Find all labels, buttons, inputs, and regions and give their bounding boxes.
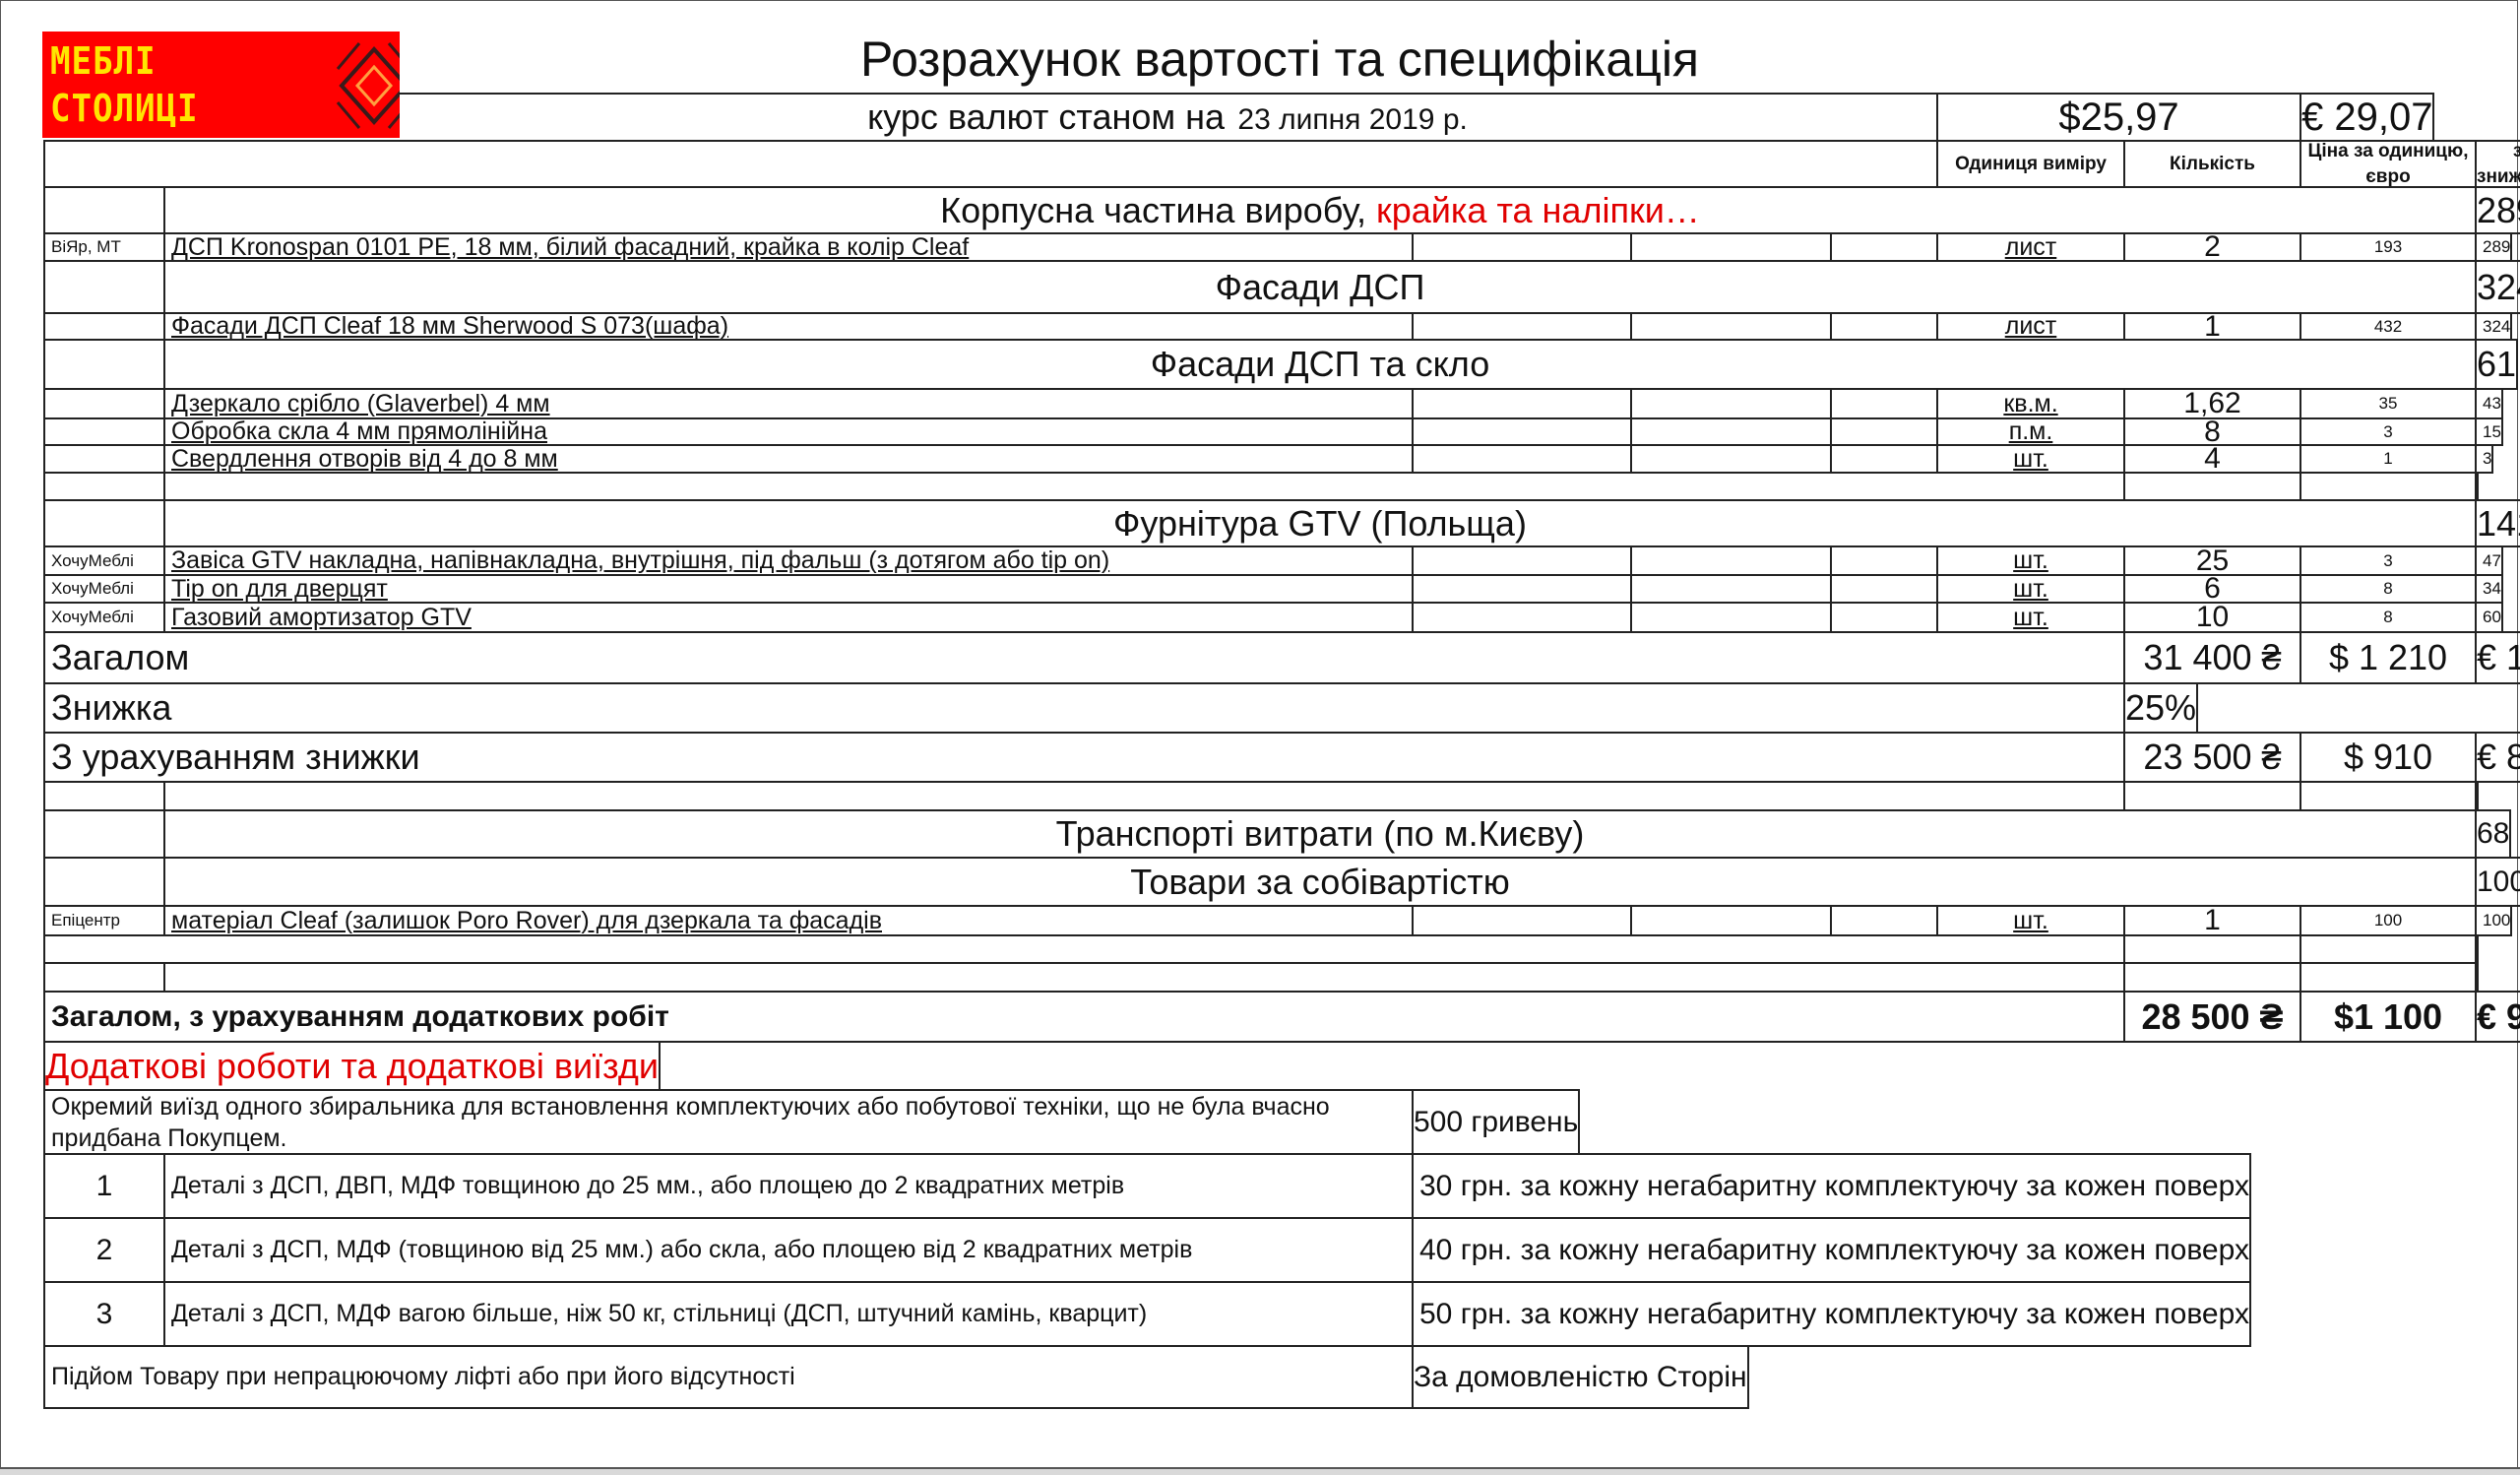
item-mirror-supplier xyxy=(43,388,165,419)
section-hardware-supplier xyxy=(43,499,165,547)
blank-row-1-b xyxy=(163,472,2125,501)
item-cleaf-material-blank-2 xyxy=(1630,905,1832,936)
item-cleaf-material-blank-1 xyxy=(1412,905,1632,936)
discounted-label: З урахуванням знижки xyxy=(43,732,2125,783)
section-facades-total: 324 xyxy=(2475,260,2520,314)
col-header-total: Вартість зі знижкою, євро xyxy=(2475,140,2520,188)
item-drilling-supplier xyxy=(43,444,165,474)
item-drilling-blank-1 xyxy=(1412,444,1632,474)
item-drilling-total: 3 xyxy=(2475,444,2493,474)
item-gas-lift-blank-3 xyxy=(1830,602,1938,633)
total-label: Загалом xyxy=(43,631,2125,684)
item-chipboard-supplier: ВіЯр, МТ xyxy=(43,232,165,262)
item-mirror-blank-1 xyxy=(1412,388,1632,419)
section-body-supplier xyxy=(43,186,165,234)
item-gas-lift-blank-1 xyxy=(1412,602,1632,633)
item-hinge-qty: 25 xyxy=(2123,545,2301,576)
item-tip-on-name: Tip on для дверцят xyxy=(163,574,1414,604)
item-drilling-blank-3 xyxy=(1830,444,1938,474)
blank-row-3-d xyxy=(2299,934,2477,964)
transport-supplier xyxy=(43,809,165,859)
section-body-title: Корпусна частина виробу, крайка та наліп… xyxy=(163,186,2477,234)
item-drilling-unit: шт. xyxy=(1936,444,2125,474)
section-facades-glass-title-text: Фасади ДСП та скло xyxy=(1151,344,1489,384)
item-cleaf-material-unit: шт. xyxy=(1936,905,2125,936)
item-glass-processing-blank-1 xyxy=(1412,417,1632,446)
item-glass-processing-supplier xyxy=(43,417,165,446)
item-drilling-name: Свердлення отворів від 4 до 8 мм xyxy=(163,444,1414,474)
item-glass-processing-qty: 8 xyxy=(2123,417,2301,446)
blank-row-2-e xyxy=(2475,781,2479,811)
discounted-eur: € 810 xyxy=(2475,732,2520,783)
separate-trip-price: 500 гривень xyxy=(1412,1089,1580,1155)
blank-row-4-b xyxy=(163,962,2125,993)
section-facades-glass-total: 61 xyxy=(2475,339,2518,390)
item-tip-on-blank-2 xyxy=(1630,574,1832,604)
blank-row-4-e xyxy=(2475,962,2479,993)
header-blank xyxy=(43,140,1938,188)
blank-row-2-d xyxy=(2299,781,2477,811)
item-gas-lift-supplier: ХочуМеблі xyxy=(43,602,165,633)
section-body-title-red: крайка та наліпки… xyxy=(1366,190,1700,230)
item-glass-processing-blank-3 xyxy=(1830,417,1938,446)
blank-row-3-c xyxy=(2123,934,2301,964)
additional-works-title: Додаткові роботи та додаткові виїзди xyxy=(43,1041,661,1091)
item-tip-on-blank-1 xyxy=(1412,574,1632,604)
item-mirror-price: 35 xyxy=(2299,388,2477,419)
grand-total-label: Загалом, з урахуванням додаткових робіт xyxy=(43,991,2125,1043)
item-facade-qty: 1 xyxy=(2123,312,2301,341)
item-tip-on-unit: шт. xyxy=(1936,574,2125,604)
blank-row-4-d xyxy=(2299,962,2477,993)
item-glass-processing-total: 15 xyxy=(2475,417,2503,446)
item-hinge-unit: шт. xyxy=(1936,545,2125,576)
item-cleaf-material-supplier: Епіцентр xyxy=(43,905,165,936)
item-gas-lift-price: 8 xyxy=(2299,602,2477,633)
item-gas-lift-unit: шт. xyxy=(1936,602,2125,633)
blank-row-1-a xyxy=(43,472,165,501)
item-glass-processing-name: Обробка скла 4 мм прямолінійна xyxy=(163,417,1414,446)
company-logo: МЕБЛІ СТОЛИЦІ xyxy=(42,32,400,138)
section-facades-glass-title: Фасади ДСП та скло xyxy=(163,339,2477,390)
item-tip-on-price: 8 xyxy=(2299,574,2477,604)
item-hinge-blank-2 xyxy=(1630,545,1832,576)
item-hinge-blank-1 xyxy=(1412,545,1632,576)
section-hardware-title: Фурнітура GTV (Польща) xyxy=(163,499,2477,547)
discounted-uah: 23 500 ₴ xyxy=(2123,732,2301,783)
section-facades-title-text: Фасади ДСП xyxy=(1216,267,1425,307)
item-hinge-price: 3 xyxy=(2299,545,2477,576)
logo-line-1: МЕБЛІ xyxy=(50,37,198,85)
blank-row-1-c xyxy=(2123,472,2301,501)
item-facade-name: Фасади ДСП Cleaf 18 мм Sherwood S 073(ша… xyxy=(163,312,1414,341)
section-body-total: 289 xyxy=(2475,186,2520,234)
total-eur: € 1 080 xyxy=(2475,631,2520,684)
item-gas-lift-blank-2 xyxy=(1630,602,1832,633)
item-drilling-blank-2 xyxy=(1630,444,1832,474)
work-item-price-1: 30 грн. за кожну негабаритну комплектуюч… xyxy=(1412,1153,2251,1219)
grand-total-usd: $1 100 xyxy=(2299,991,2477,1043)
item-glass-processing-unit: п.м. xyxy=(1936,417,2125,446)
item-gas-lift-name: Газовий амортизатор GTV xyxy=(163,602,1414,633)
item-hinge-name: Завіса GTV накладна, напівнакладна, внут… xyxy=(163,545,1414,576)
work-item-number-3: 3 xyxy=(43,1281,165,1347)
discount-value: 25% xyxy=(2123,682,2198,734)
page-title: Розрахунок вартості та специфікація xyxy=(787,30,1772,89)
work-item-text-1: Деталі з ДСП, ДВП, МДФ товщиною до 25 мм… xyxy=(163,1153,1414,1219)
work-item-price-3: 50 грн. за кожну негабаритну комплектуюч… xyxy=(1412,1281,2251,1347)
item-facade-blank-1 xyxy=(1412,312,1632,341)
section-facades-glass-supplier xyxy=(43,339,165,390)
item-mirror-name: Дзеркало срібло (Glaverbel) 4 мм xyxy=(163,388,1414,419)
blank-row-4-c xyxy=(2123,962,2301,993)
item-facade-supplier xyxy=(43,312,165,341)
separate-trip-text: Окремий виїзд одного збиральника для вст… xyxy=(43,1089,1414,1155)
section-facades-supplier xyxy=(43,260,165,314)
item-chipboard-name: ДСП Kronospan 0101 PE, 18 мм, білий фаса… xyxy=(163,232,1414,262)
item-cleaf-material-name: матеріал Cleaf (залишок Poro Rover) для … xyxy=(163,905,1414,936)
item-facade-blank-2 xyxy=(1630,312,1832,341)
item-gas-lift-total: 60 xyxy=(2475,602,2503,633)
item-cleaf-material-total: 100 xyxy=(2475,905,2512,936)
col-header-quantity: Кількість xyxy=(2123,140,2301,188)
item-tip-on-qty: 6 xyxy=(2123,574,2301,604)
grand-total-uah: 28 500 ₴ xyxy=(2123,991,2301,1043)
item-chipboard-unit: лист xyxy=(1936,232,2125,262)
item-chipboard-blank-3 xyxy=(1830,232,1938,262)
work-item-text-2: Деталі з ДСП, МДФ (товщиною від 25 мм.) … xyxy=(163,1217,1414,1283)
blank-row-1-e xyxy=(2475,472,2479,501)
section-hardware-title-text: Фурнітура GTV (Польща) xyxy=(1113,503,1527,544)
item-chipboard-blank-2 xyxy=(1630,232,1832,262)
item-hinge-blank-3 xyxy=(1830,545,1938,576)
item-chipboard-total: 289 xyxy=(2475,232,2512,262)
blank-row-1-d xyxy=(2299,472,2477,501)
work-item-price-2: 40 грн. за кожну негабаритну комплектуюч… xyxy=(1412,1217,2251,1283)
work-item-text-3: Деталі з ДСП, МДФ вагою більше, ніж 50 к… xyxy=(163,1281,1414,1347)
blank-row-2-c xyxy=(2123,781,2301,811)
lift-text: Підйом Товару при непрацюючому ліфті або… xyxy=(43,1345,1414,1409)
col-header-price: Ціна за одиницю, євро xyxy=(2299,140,2477,188)
item-facade-price: 432 xyxy=(2299,312,2477,341)
rate-label: курс валют станом на xyxy=(867,96,1225,137)
item-drilling-qty: 4 xyxy=(2123,444,2301,474)
blank-row-2-a xyxy=(43,781,165,811)
section-hardware-total: 141 xyxy=(2475,499,2520,547)
eur-rate: € 29,07 xyxy=(2299,93,2434,142)
lift-price: За домовленістю Сторін xyxy=(1412,1345,1749,1409)
transport-total: 68 xyxy=(2475,809,2511,859)
transport-title: Транспорті витрати (по м.Києву) xyxy=(163,809,2477,859)
blank-row-4-a xyxy=(43,962,165,993)
item-tip-on-supplier: ХочуМеблі xyxy=(43,574,165,604)
exchange-rate-row: курс валют станом на 23 липня 2019 р. xyxy=(399,93,1938,142)
rate-date: 23 липня 2019 р. xyxy=(1237,103,1467,136)
cost-goods-title: Товари за собівартістю xyxy=(163,857,2477,907)
item-tip-on-blank-3 xyxy=(1830,574,1938,604)
discount-label: Знижка xyxy=(43,682,2125,734)
item-hinge-supplier: ХочуМеблі xyxy=(43,545,165,576)
total-uah: 31 400 ₴ xyxy=(2123,631,2301,684)
item-cleaf-material-price: 100 xyxy=(2299,905,2477,936)
item-glass-processing-price: 3 xyxy=(2299,417,2477,446)
blank-row-2-b xyxy=(163,781,2125,811)
item-chipboard-price: 193 xyxy=(2299,232,2477,262)
cost-goods-total: 100 xyxy=(2475,857,2520,907)
work-item-number-1: 1 xyxy=(43,1153,165,1219)
item-mirror-unit: кв.м. xyxy=(1936,388,2125,419)
item-cleaf-material-blank-3 xyxy=(1830,905,1938,936)
cost-goods-supplier xyxy=(43,857,165,907)
work-item-number-2: 2 xyxy=(43,1217,165,1283)
item-chipboard-qty: 2 xyxy=(2123,232,2301,262)
item-facade-total: 324 xyxy=(2475,312,2512,341)
section-body-title-text: Корпусна частина виробу, xyxy=(940,190,1366,230)
section-facades-title: Фасади ДСП xyxy=(163,260,2477,314)
item-mirror-blank-3 xyxy=(1830,388,1938,419)
item-glass-processing-blank-2 xyxy=(1630,417,1832,446)
blank-row-3-a xyxy=(43,934,2125,964)
item-mirror-blank-2 xyxy=(1630,388,1832,419)
total-usd: $ 1 210 xyxy=(2299,631,2477,684)
item-hinge-total: 47 xyxy=(2475,545,2503,576)
item-cleaf-material-qty: 1 xyxy=(2123,905,2301,936)
logo-text: МЕБЛІ СТОЛИЦІ xyxy=(50,37,198,132)
item-gas-lift-qty: 10 xyxy=(2123,602,2301,633)
item-facade-blank-3 xyxy=(1830,312,1938,341)
item-chipboard-blank-1 xyxy=(1412,232,1632,262)
logo-line-2: СТОЛИЦІ xyxy=(50,85,198,132)
usd-rate: $25,97 xyxy=(1936,93,2301,142)
diamond-ornament-icon xyxy=(330,41,400,130)
discounted-usd: $ 910 xyxy=(2299,732,2477,783)
page-bottom-edge xyxy=(0,1467,2520,1475)
item-tip-on-total: 34 xyxy=(2475,574,2503,604)
item-facade-unit: лист xyxy=(1936,312,2125,341)
grand-total-eur: € 980 xyxy=(2475,991,2520,1043)
item-mirror-qty: 1,62 xyxy=(2123,388,2301,419)
item-drilling-price: 1 xyxy=(2299,444,2477,474)
col-header-unit: Одиниця виміру xyxy=(1936,140,2125,188)
item-mirror-total: 43 xyxy=(2475,388,2503,419)
blank-row-3-e xyxy=(2475,934,2479,964)
